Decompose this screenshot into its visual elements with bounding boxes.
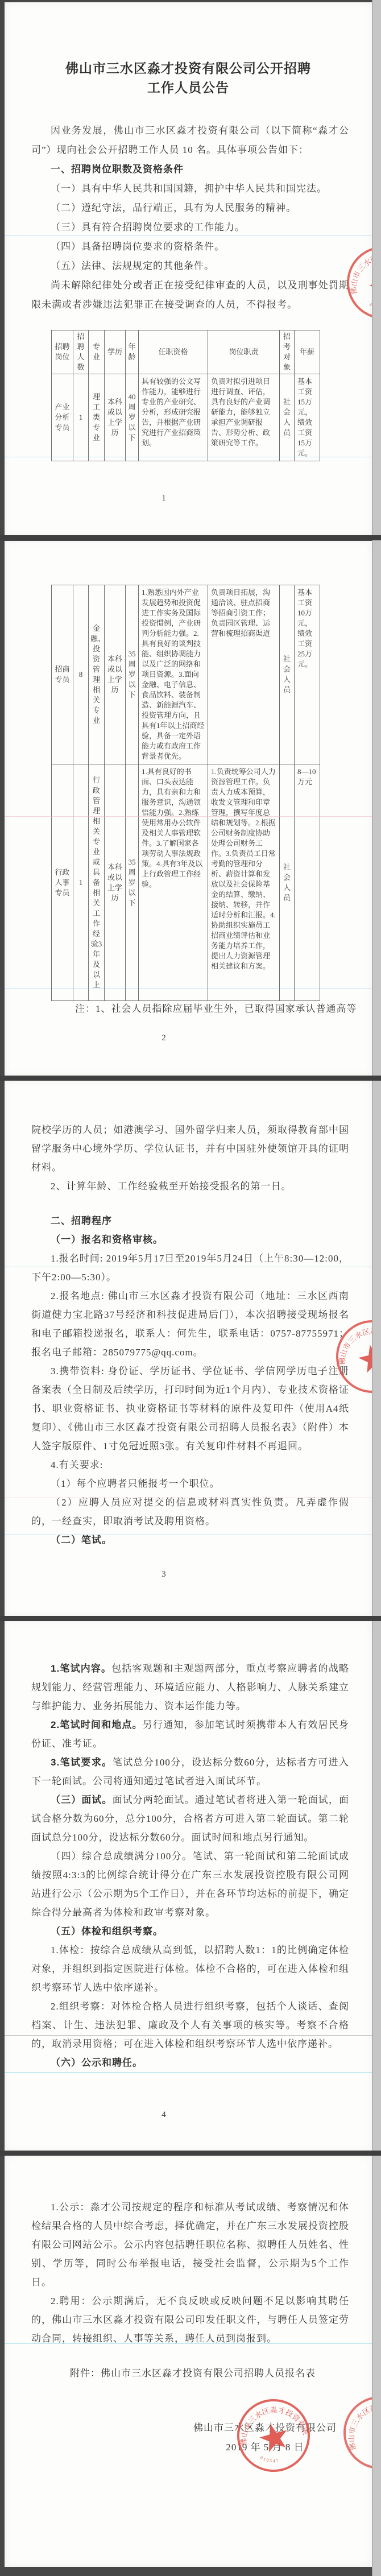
intro-paragraph: 因业务发展，佛山市三水区淼才投资有限公司（以下简称“淼才公司”）现向社会公开招聘… (31, 121, 349, 160)
table-header-cell: 岗位职责 (208, 330, 280, 374)
page-1-body: 因业务发展，佛山市三水区淼才投资有限公司（以下简称“淼才公司”）现向社会公开招聘… (31, 121, 349, 315)
table-cell-count: 8 (73, 585, 89, 764)
table-cell-count: 1 (73, 374, 89, 461)
page-separator (0, 1076, 381, 1081)
table-cell-salary: 基本工资10万元，绩效工资25万元。 (295, 585, 320, 764)
table-header-cell: 学历 (105, 330, 126, 374)
table-cell-education: 本科或以上学历 (105, 764, 126, 1001)
page-2: 招商专员 8 金融、投资管理相关专业 本科或以上学历 35周岁以下 1.熟悉国内… (5, 541, 372, 1076)
page-5-body: 1.公示：淼才公司按规定的程序和标准从考试成绩、考察情况和体检结果合格的人员中综… (31, 2198, 349, 2383)
scan-artifact-line (5, 457, 372, 457)
written-test-requirement-label: 3.笔试要求。 (51, 1757, 113, 1768)
condition-item: （三）具有符合招聘岗位要求的工作能力。 (31, 218, 349, 237)
table-row: 行政人事专员 1 行政管理相关专业或具备相关工作经验3年及以上 本科或以上学历 … (52, 764, 320, 1001)
table-header-cell: 年薪 (295, 330, 320, 374)
table-cell-position: 产业分析专员 (52, 374, 73, 461)
table-cell-salary: 8—10万元 (295, 764, 320, 1001)
page-number: 4 (5, 2110, 323, 2120)
written-test-time-paragraph: 2.笔试时间和地点。另行通知，参加笔试时须携带本人有效居民身份证、准考证。 (31, 1715, 349, 1753)
page-separator (0, 1616, 381, 1621)
scan-right-gutter (372, 0, 381, 2576)
page-number: 1 (5, 494, 323, 503)
note-continuation: 院校学历的人员；如港澳学习、国外留学归来人员，须取得教育部中国留学服务中心境外学… (31, 1120, 349, 1177)
section-2-heading: 二、招聘程序 (31, 1211, 349, 1230)
table-header-cell: 招聘人数 (73, 330, 89, 374)
signature-block: 佛山市三水区淼才投资有限公司 2019 年 5 月 8 日 (193, 2418, 337, 2457)
apply-docs-text: 身份证、学历证书、学位证书、学信网学历电子注册备案表（全日制及后续学历，打印时间… (31, 1366, 349, 1452)
table-header-cell: 任职资格 (139, 330, 208, 374)
sub-heading-apply: （一）报名和资格审核。 (31, 1230, 349, 1249)
table-cell-qualifications: 1.熟悉国内外产业发展趋势和投资促进工作实务及国际投资惯例，产业研判分析能力强。… (139, 585, 208, 764)
table-cell-target: 社会人员 (280, 374, 295, 461)
interview-paragraph: （三）面试。面试分两轮面试。通过笔试者将进入第一轮面试，面试合格分数为60分，总… (31, 1791, 349, 1847)
table-header-cell: 招聘岗位 (52, 330, 73, 374)
table-row: 招商专员 8 金融、投资管理相关专业 本科或以上学历 35周岁以下 1.熟悉国内… (52, 585, 320, 764)
table-cell-target: 社会人员 (280, 585, 295, 764)
apply-time-label: 1.报名时间: (51, 1253, 103, 1264)
scan-artifact-line (5, 235, 372, 235)
table-row: 产业分析专员 1 理工类专业 本科或以上学历 40周岁以下 具有较强的公文写作能… (52, 374, 320, 461)
table-cell-salary: 基本工资15万元，绩效工资15万元。 (295, 374, 320, 461)
page-separator (0, 2151, 381, 2156)
physical-exam-paragraph: 1.体检：按综合总成绩从高到低，以招聘人数1：1的比例确定体检对象，并组织到指定… (31, 1941, 349, 1997)
written-test-content-label: 1.笔试内容。 (51, 1663, 111, 1674)
table-cell-qualifications: 1.具有良好的书面、口头表达能力，具有亲和力和服务意识，沟通领悟能力强。2.熟练… (139, 764, 208, 1001)
table-cell-age: 35周岁以下 (126, 585, 139, 764)
sub-heading-physical-exam: （五）体检和组织考察。 (31, 1922, 349, 1941)
scan-artifact-line (5, 989, 372, 989)
requirements-heading: 4.有关要求: (31, 1456, 349, 1474)
interview-label: （三）面试。 (51, 1794, 113, 1805)
table-header-cell: 招考对象 (280, 330, 295, 374)
document-title: 佛山市三水区淼才投资有限公司公开招聘 工作人员公告 (5, 59, 372, 98)
signer-company: 佛山市三水区淼才投资有限公司 (193, 2418, 337, 2438)
sub-heading-publicity: （六）公示和聘任。 (31, 2053, 349, 2072)
title-line-1: 佛山市三水区淼才投资有限公司公开招聘 (5, 59, 372, 78)
recruitment-table-continued: 招商专员 8 金融、投资管理相关专业 本科或以上学历 35周岁以下 1.熟悉国内… (51, 585, 320, 1001)
employment-paragraph: 2.聘用：公示期满后，无不良反映或反映问题不足以影响其聘任的，佛山市三水区淼才投… (31, 2292, 349, 2348)
table-cell-duties: 负责对拟引进项目进行调查、评估，具有良好的产业调研能力，能够独立承担产业调研报告… (208, 374, 280, 461)
scanned-document: 佛山市三水区淼才投资有限公司公开招聘 工作人员公告 因业务发展，佛山市三水区淼才… (0, 0, 381, 2576)
section-1-heading: 一、招聘岗位职数及资格条件 (31, 160, 349, 179)
table-cell-education: 本科或以上学历 (105, 585, 126, 764)
table-cell-count: 1 (73, 764, 89, 1001)
page-number: 3 (5, 1570, 323, 1579)
page-3-body: 院校学历的人员；如港澳学习、国外留学归来人员，须取得教育部中国留学服务中心境外学… (31, 1120, 349, 1549)
scan-artifact-line (5, 816, 372, 817)
table-cell-age: 35周岁以下 (126, 764, 139, 1001)
condition-item: （五）法律、法规规定的其他条件。 (31, 257, 349, 276)
page-1: 佛山市三水区淼才投资有限公司公开招聘 工作人员公告 因业务发展，佛山市三水区淼才… (5, 2, 372, 535)
table-cell-target: 社会人员 (280, 764, 295, 1001)
recruitment-table: 招聘岗位 招聘人数 专业 学历 年龄 任职资格 岗位职责 招考对象 年薪 产业分… (51, 330, 320, 461)
scan-artifact-line (5, 1267, 372, 1267)
written-test-requirement-paragraph: 3.笔试要求。笔试总分100分，设达标分数60分，达标者方可进入下一轮面试。公司… (31, 1753, 349, 1791)
publicity-paragraph: 1.公示：淼才公司按规定的程序和标准从考试成绩、考察情况和体检结果合格的人员中综… (31, 2198, 349, 2292)
table-cell-age: 40周岁以下 (126, 374, 139, 461)
signature-date: 2019 年 5 月 8 日 (193, 2438, 337, 2457)
table-cell-education: 本科或以上学历 (105, 374, 126, 461)
table-header-row: 招聘岗位 招聘人数 专业 学历 年龄 任职资格 岗位职责 招考对象 年薪 (52, 330, 320, 374)
page-number: 2 (5, 1033, 323, 1043)
requirement-item: （2）应聘人员应对提交的信息或材料真实性负责。凡弄虚作假的，一经查实，即取消考试… (31, 1493, 349, 1531)
written-test-content-paragraph: 1.笔试内容。包括客观题和主观题两部分，重点考察应聘者的战略规划能力、经营管理能… (31, 1659, 349, 1715)
page-separator (0, 535, 381, 540)
table-cell-major: 金融、投资管理相关专业 (89, 585, 105, 764)
condition-item: （四）具备招聘岗位要求的资格条件。 (31, 237, 349, 257)
table-header-cell: 年龄 (126, 330, 139, 374)
scan-artifact-line (5, 1498, 372, 1498)
requirement-item: （1）每个应聘者只能报考一个职位。 (31, 1474, 349, 1493)
table-cell-qualifications: 具有较强的公文写作能力，能够进行专业的产业研究、分析，形成研究报告，并根据产业研… (139, 374, 208, 461)
stamp-serial-text: 44060736165 (367, 292, 372, 316)
note-item-2: 2、计算年龄、工作经验截至开始接受报名的第一日。 (31, 1177, 349, 1196)
page-5: 1.公示：淼才公司按规定的程序和标准从考试成绩、考察情况和体检结果合格的人员中综… (5, 2156, 372, 2567)
table-cell-position: 行政人事专员 (52, 764, 73, 1001)
apply-place-label: 2.报名地点: (51, 1291, 105, 1301)
condition-item: （一）具有中华人民共和国国籍，拥护中华人民共和国宪法。 (31, 179, 349, 199)
table-cell-major: 理工类专业 (89, 374, 105, 461)
table-cell-major: 行政管理相关专业或具备相关工作经验3年及以上 (89, 764, 105, 1001)
svg-text:44060736165: 44060736165 (367, 292, 372, 316)
condition-item: （二）遵纪守法，品行端正，具有为人民服务的精神。 (31, 199, 349, 218)
disqualify-paragraph: 尚未解除纪律处分或者正在接受纪律审查的人员，以及刑事处罚期限未满或者涉嫌违法犯罪… (31, 276, 349, 315)
title-line-2: 工作人员公告 (5, 78, 372, 98)
written-test-time-label: 2.笔试时间和地点。 (51, 1719, 143, 1730)
table-header-cell: 专业 (89, 330, 105, 374)
attachment-line: 附件：佛山市三水区淼才投资有限公司招聘人员报名表 (31, 2364, 349, 2383)
scan-artifact-line (5, 2072, 372, 2073)
apply-docs-label: 3.携带资料: (51, 1366, 105, 1376)
page-4: 1.笔试内容。包括客观题和主观题两部分，重点考察应聘者的战略规划能力、经营管理能… (5, 1621, 372, 2151)
sub-heading-written-test: （二）笔试。 (31, 1531, 349, 1549)
scan-artifact-line (5, 1535, 372, 1535)
scan-artifact-line (5, 2343, 372, 2344)
apply-time-paragraph: 1.报名时间: 2019年5月17日至2019年5月24日（上午8:30—12:… (31, 1249, 349, 1287)
apply-place-paragraph: 2.报名地点: 佛山市三水区淼才投资有限公司（地址：三水区西南街道健力宝北路37… (31, 1287, 349, 1362)
organization-review-paragraph: 2.组织考察：对体检合格人员进行组织考察，包括个人谈话、查阅档案、计生、违法犯罪… (31, 1997, 349, 2053)
scan-artifact-line (5, 2035, 372, 2036)
page-4-body: 1.笔试内容。包括客观题和主观题两部分，重点考察应聘者的战略规划能力、经营管理能… (31, 1659, 349, 2072)
table-note: 注：1、社会人员指除应届毕业生外，已取得国家承认普通高等 (75, 1000, 357, 1015)
page-3: 院校学历的人员；如港澳学习、国外留学归来人员，须取得教育部中国留学服务中心境外学… (5, 1081, 372, 1616)
table-cell-duties: 1.负责统筹公司人力资源管理工作。负责人力成本预算，收发文管理和印章管理，撰写年… (208, 764, 280, 1001)
table-cell-duties: 负责项目拓展，沟通洽谈、驻点招商等招商引资工作；负责园区管理、运营和梳理招商渠道 (208, 585, 280, 764)
apply-docs-paragraph: 3.携带资料: 身份证、学历证书、学位证书、学信网学历电子注册备案表（全日制及后… (31, 1362, 349, 1456)
total-score-paragraph: （四）综合总成绩满分100分。笔试、第一轮面试和第二轮面试成绩按照4:3:3的比… (31, 1847, 349, 1922)
table-cell-position: 招商专员 (52, 585, 73, 764)
